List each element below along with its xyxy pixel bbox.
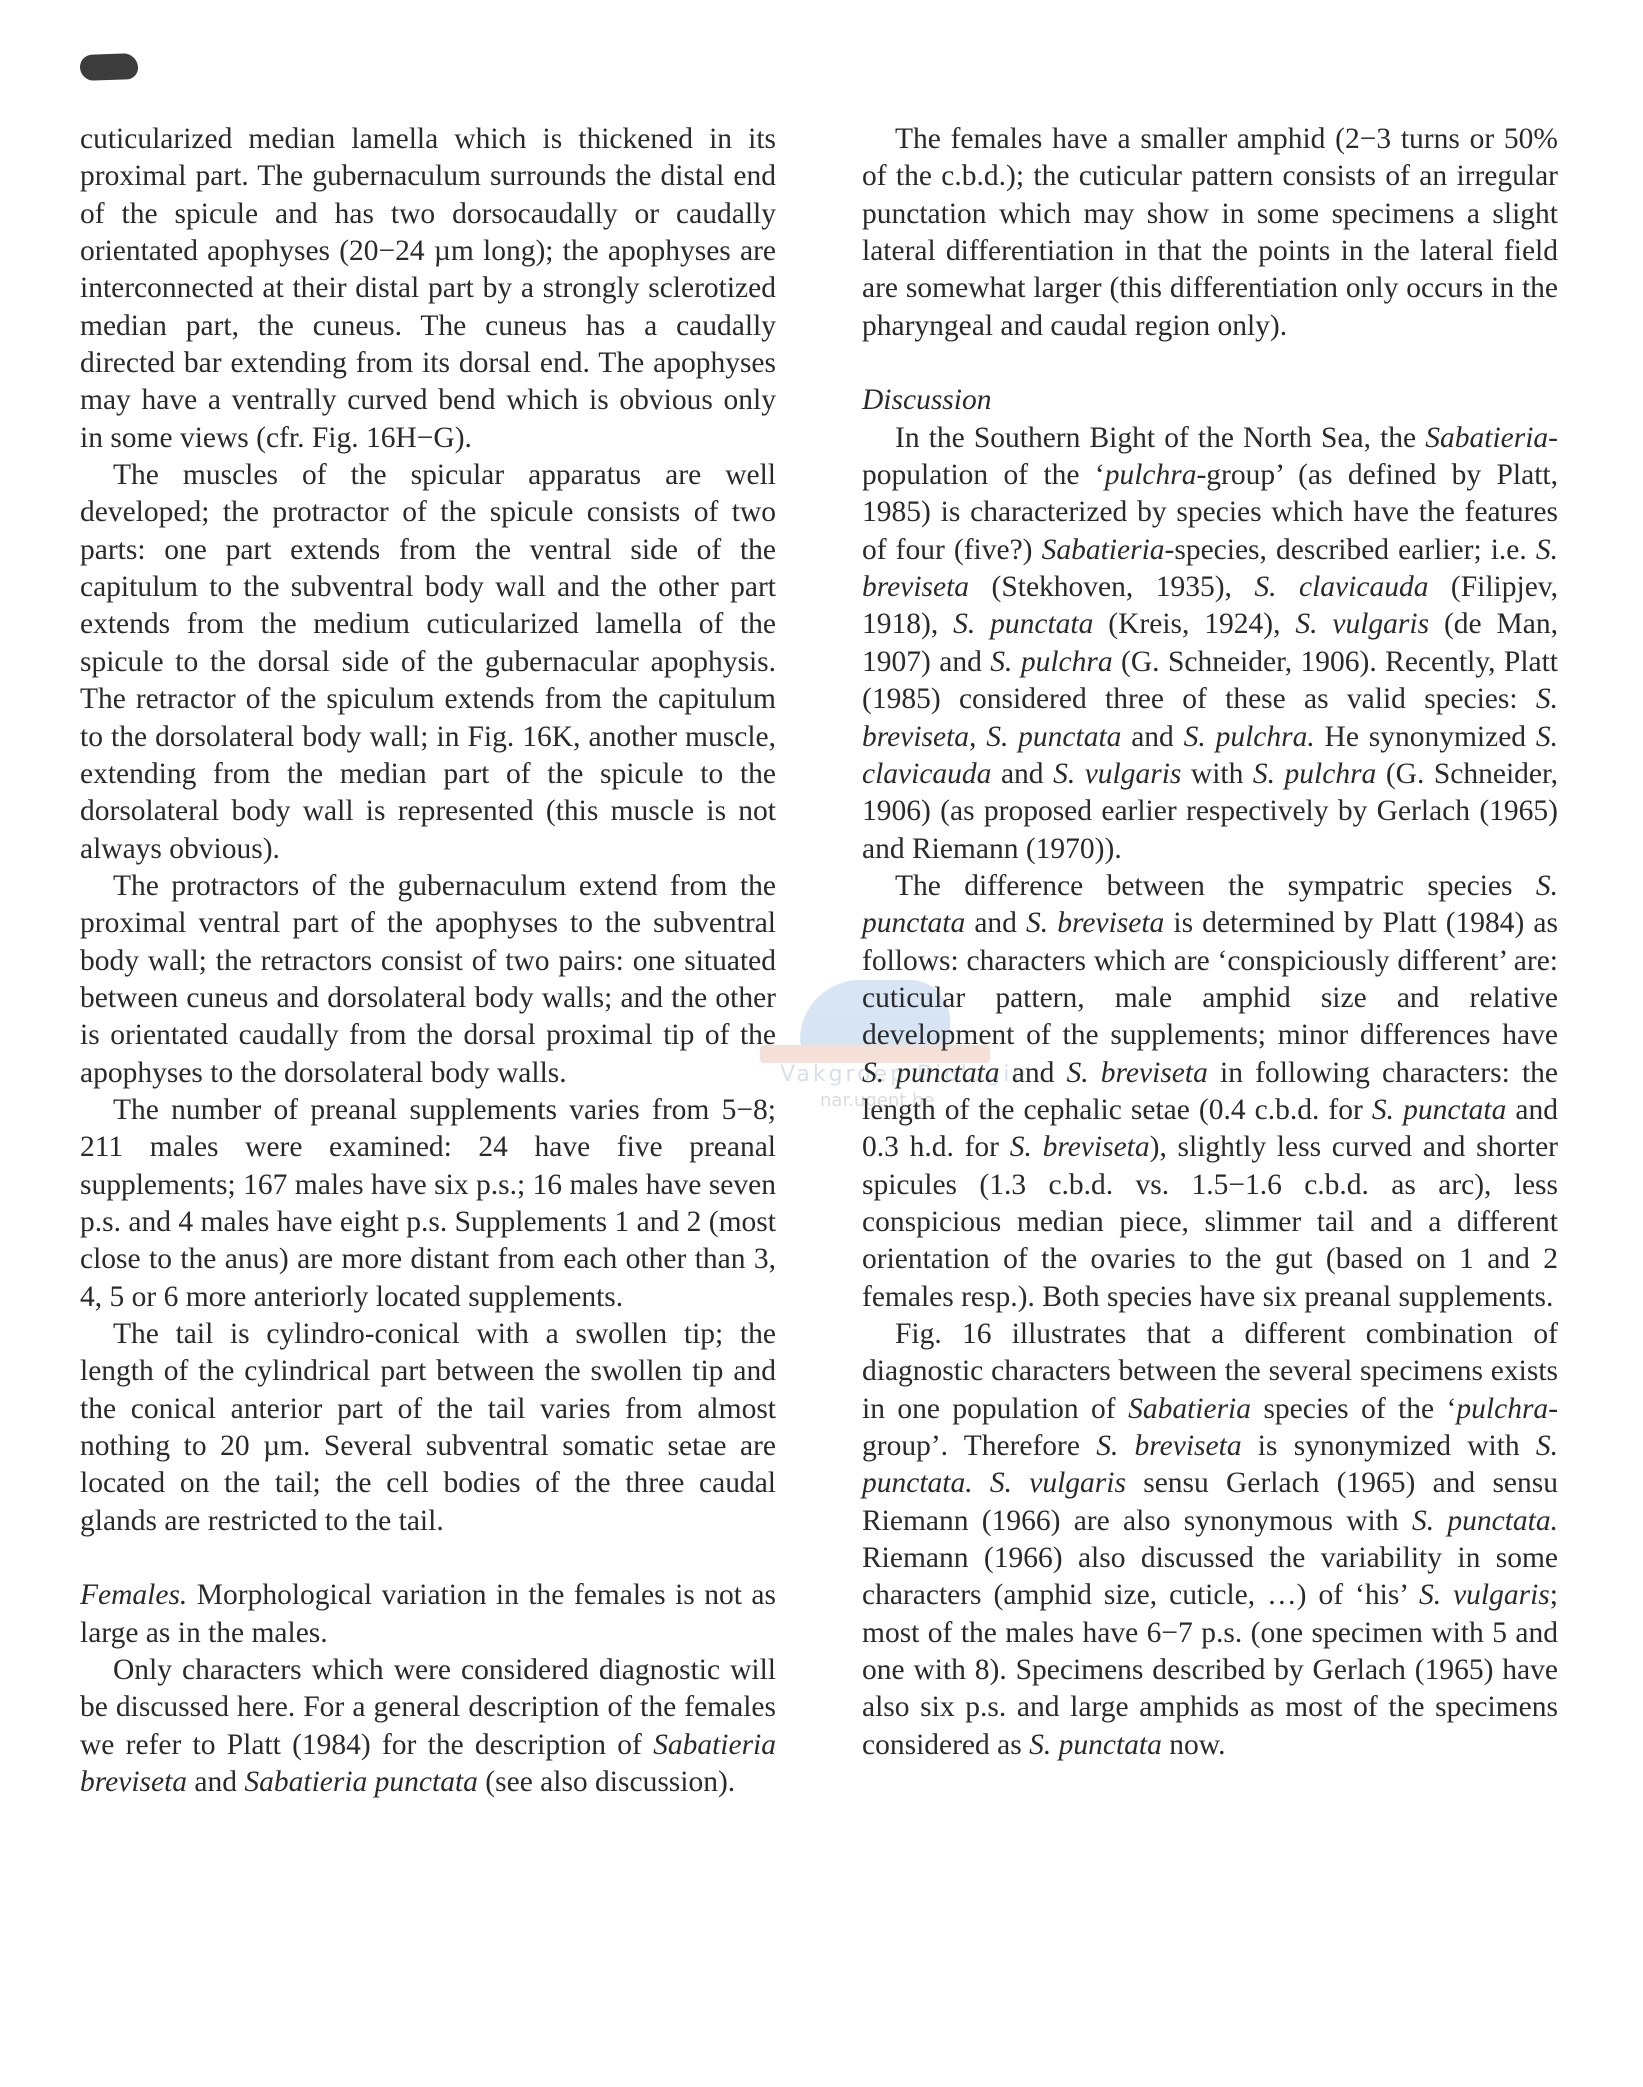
species-name: S. pulchra. [1184,721,1315,753]
species-name: S. vulgaris [1419,1579,1550,1611]
paragraph-spicular-muscles: The muscles of the spicular apparatus ar… [80,457,776,868]
section-heading-discussion: Discussion [862,382,1558,419]
right-column: The females have a smaller amphid (2−3 t… [862,121,1558,1764]
paragraph-preanal-supplements: The number of preanal supplements varies… [80,1092,776,1316]
text-run: and [965,907,1026,939]
species-name: S. breviseta [1026,907,1164,939]
left-column: cuticularized median lamella which is th… [80,121,776,1801]
text-run: and [1121,721,1183,753]
species-name: S. punctata [862,1057,1000,1089]
text-run: He synonymized [1315,721,1536,753]
species-name: Sabatieria punctata [244,1766,478,1798]
text-run: In the Southern Bight of the North Sea, … [895,422,1425,454]
page-number-blot [80,53,139,81]
paragraph-diagnostic-characters: Only characters which were considered di… [80,1652,776,1801]
species-name: Sabatieria [1042,534,1165,566]
species-name: pulchra [1456,1393,1548,1425]
species-name: S. pulchra [1253,758,1376,790]
text-run: (Kreis, 1924), [1093,608,1295,640]
text-run: with [1181,758,1252,790]
species-name: S. vulgaris [1295,608,1429,640]
text-run: species of the ‘ [1251,1393,1456,1425]
species-name: S. clavicauda [1254,571,1428,603]
text-run: and [187,1766,244,1798]
spacer [862,345,1558,382]
species-name: S. punctata [1029,1729,1162,1761]
text-run: -species, described earlier; i.e. [1165,534,1536,566]
species-name: Sabatieria [1128,1393,1251,1425]
text-run: (Stekhoven, 1935), [969,571,1254,603]
species-name: S. breviseta [1096,1430,1241,1462]
text-run: and [991,758,1053,790]
paragraph-spicule-gubernaculum: cuticularized median lamella which is th… [80,121,776,457]
paragraph-tail: The tail is cylindro-conical with a swol… [80,1316,776,1540]
spacer [80,1540,776,1577]
paragraph-discussion-differences: The difference between the sympatric spe… [862,868,1558,1316]
species-name: pulchra [1105,459,1197,491]
species-name: S. breviseta [1010,1131,1150,1163]
paragraph-females-intro: Females. Morphological variation in the … [80,1577,776,1652]
species-name: S. punctata. [1412,1505,1558,1537]
paragraph-discussion-southern-bight: In the Southern Bight of the North Sea, … [862,420,1558,868]
paragraph-female-amphid: The females have a smaller amphid (2−3 t… [862,121,1558,345]
species-name: Sabatieria [1425,422,1548,454]
paragraph-discussion-fig16: Fig. 16 illustrates that a different com… [862,1316,1558,1764]
paragraph-gubernaculum-protractors: The protractors of the gubernaculum exte… [80,868,776,1092]
species-name: S. breviseta [1067,1057,1208,1089]
section-heading-females: Females. [80,1579,187,1611]
text-run: The difference between the sympatric spe… [895,870,1536,902]
species-name: S. vulgaris [1053,758,1181,790]
text-run: is synonymized with [1242,1430,1536,1462]
text-run: (see also discussion). [478,1766,735,1798]
text-run: and [1000,1057,1067,1089]
species-name: S. punctata [953,608,1093,640]
species-name: S. pulchra [990,646,1112,678]
species-name: S. punctata [1372,1094,1506,1126]
text-run: now. [1162,1729,1226,1761]
